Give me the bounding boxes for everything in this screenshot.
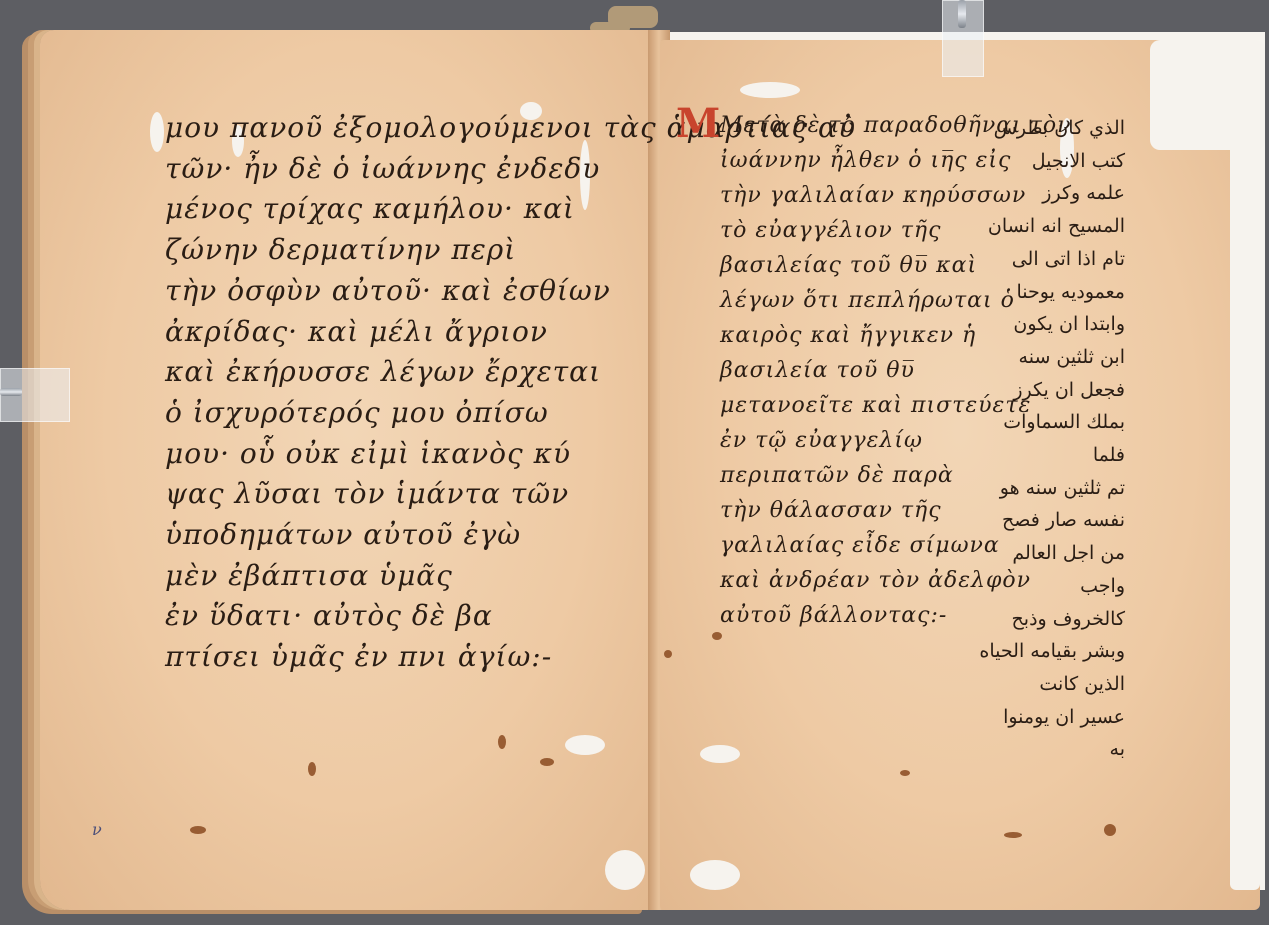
text-line: المسيح انه انسان xyxy=(975,210,1125,243)
text-line: معموديه يوحنا xyxy=(975,276,1125,309)
worm-hole xyxy=(700,745,740,763)
text-line: من اجل العالم واجب xyxy=(975,537,1125,602)
text-line: πτίσει ὑμᾶς ἐν πνι ἁγίω:- xyxy=(165,637,856,678)
text-line: كتب الانجيل xyxy=(975,145,1125,178)
worm-hole xyxy=(565,735,605,755)
text-line: فجعل ان يكرز xyxy=(975,374,1125,407)
stain xyxy=(540,758,554,766)
worm-hole xyxy=(740,82,800,98)
stain xyxy=(900,770,910,776)
worm-hole xyxy=(605,850,645,890)
text-line: تم ثلثين سنه هو xyxy=(975,472,1125,505)
stain xyxy=(190,826,206,834)
text-line: نفسه صار فصح xyxy=(975,504,1125,537)
right-page-arabic-text: الذي كان بطرس كتب الانجيل علمه وكرز المس… xyxy=(975,112,1125,766)
folio-number: ν xyxy=(92,820,102,839)
stain xyxy=(498,735,506,749)
worm-hole xyxy=(1230,110,1260,890)
worm-hole xyxy=(150,112,164,152)
stain xyxy=(1004,832,1022,838)
text-line: كالخروف وذبح xyxy=(975,603,1125,636)
stain xyxy=(1104,824,1116,836)
text-line: وبشر بقيامه الحياه xyxy=(975,635,1125,668)
worm-hole xyxy=(690,860,740,890)
text-line: به xyxy=(975,733,1125,766)
text-line: الذين كانت xyxy=(975,668,1125,701)
text-line: وابتدا ان يكون xyxy=(975,308,1125,341)
text-line: بملك السماوات فلما xyxy=(975,406,1125,471)
text-line: ابن ثلثين سنه xyxy=(975,341,1125,374)
text-line: الذي كان بطرس xyxy=(975,112,1125,145)
text-line: علمه وكرز xyxy=(975,177,1125,210)
clip-pin-top xyxy=(958,0,966,28)
text-line: تام اذا اتى الى xyxy=(975,243,1125,276)
text-line: عسير ان يومنوا xyxy=(975,701,1125,734)
rubricated-initial: Μ xyxy=(676,104,696,224)
stain xyxy=(308,762,316,776)
manuscript-photo: μου πανοῦ ἐξομολογούμενοι τὰς ἁμαρτίας α… xyxy=(0,0,1269,925)
clip-pin-left xyxy=(0,388,22,396)
